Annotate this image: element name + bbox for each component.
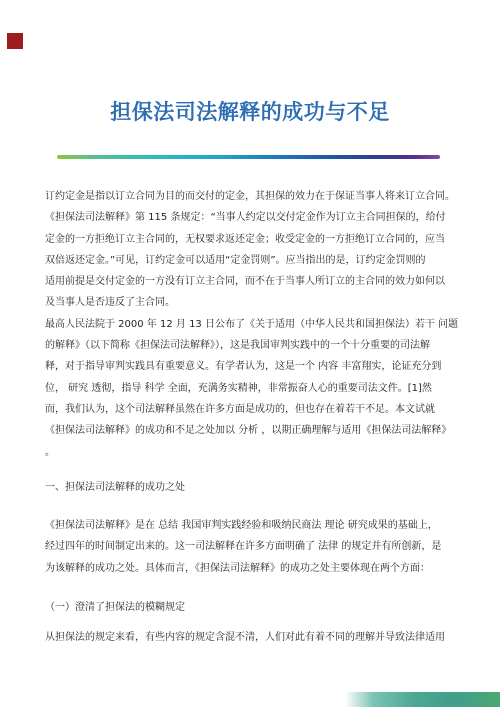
text-line: 释，对于指导审判实践具有重要意义。有学者认为，这是一个 内容 丰富翔实，论证充分… [45, 356, 457, 377]
heading-line: 一、担保法司法解释的成功之处 [45, 477, 457, 498]
text-line: 定金的一方拒绝订立主合同的，无权要求返还定金；收受定金的一方拒绝订立合同的，应当 [45, 229, 457, 250]
document-page: 担保法司法解释的成功与不足 订约定金是指以订立合同为目的而交付的定金，其担保的效… [0, 0, 500, 708]
bottom-right-gradient-bar [345, 692, 500, 707]
paragraph-4: 从担保法的规定来看，有些内容的规定含混不清，人们对此有着不同的理解并导致法律适用 [45, 627, 457, 648]
text-line: 而，我们认为，这个司法解释虽然在许多方面是成功的，但也存在着若干不足。本文试就 [45, 399, 457, 420]
text-line: 从担保法的规定来看，有些内容的规定含混不清，人们对此有着不同的理解并导致法律适用 [45, 627, 457, 648]
text-line: 为该解释的成功之处。具体而言，《担保法司法解释》的成功之处主要体现在两个方面： [45, 558, 457, 579]
text-line: 最高人民法院于 2000 年 12 月 13 日公布了《关于适用（中华人民共和国… [45, 314, 457, 335]
title-divider-gradient [57, 155, 440, 159]
text-line: 《担保法司法解释》是在 总结 我国审判实践经验和吸纳民商法 理论 研究成果的基础… [45, 515, 457, 536]
paragraph-3: 《担保法司法解释》是在 总结 我国审判实践经验和吸纳民商法 理论 研究成果的基础… [45, 515, 457, 579]
section-heading-2: （一）澄清了担保法的模糊规定 [45, 597, 457, 618]
text-line: 的解释》（以下简称《担保法司法解释》），这是我国审判实践中的一个十分重要的司法解 [45, 335, 457, 356]
heading-line: （一）澄清了担保法的模糊规定 [45, 597, 457, 618]
section-heading-1: 一、担保法司法解释的成功之处 [45, 477, 457, 498]
document-title: 担保法司法解释的成功与不足 [0, 96, 500, 128]
text-line: 双倍返还定金。”可见，订约定金可以适用“定金罚则”。应当指出的是，订约定金罚则的 [45, 250, 457, 271]
text-line: 适用前提是交付定金的一方没有订立主合同，而不在于当事人所订立的主合同的效力如何以 [45, 271, 457, 292]
document-body: 订约定金是指以订立合同为目的而交付的定金，其担保的效力在于保证当事人将来订立合同… [45, 186, 457, 649]
text-line: 。 [45, 442, 457, 463]
text-line: 位， 研究 透彻，指导 科学 全面，充满务实精神，非常振奋人心的重要司法文件。[… [45, 378, 457, 399]
text-line: 《担保法司法解释》第 115 条规定：“当事人约定以交付定金作为订立主合同担保的… [45, 207, 457, 228]
text-line: 《担保法司法解释》的成功和不足之处加以 分析 ，以期正确理解与适用《担保法司法解… [45, 420, 457, 441]
red-corner-mark [7, 33, 23, 49]
text-line: 经过四年的时间制定出来的。这一司法解释在许多方面明确了 法律 的规定并有所创新，… [45, 536, 457, 557]
text-line: 订约定金是指以订立合同为目的而交付的定金，其担保的效力在于保证当事人将来订立合同… [45, 186, 457, 207]
paragraph-2: 最高人民法院于 2000 年 12 月 13 日公布了《关于适用（中华人民共和国… [45, 314, 457, 463]
text-line: 及当事人是否违反了主合同。 [45, 292, 457, 313]
paragraph-1: 订约定金是指以订立合同为目的而交付的定金，其担保的效力在于保证当事人将来订立合同… [45, 186, 457, 314]
